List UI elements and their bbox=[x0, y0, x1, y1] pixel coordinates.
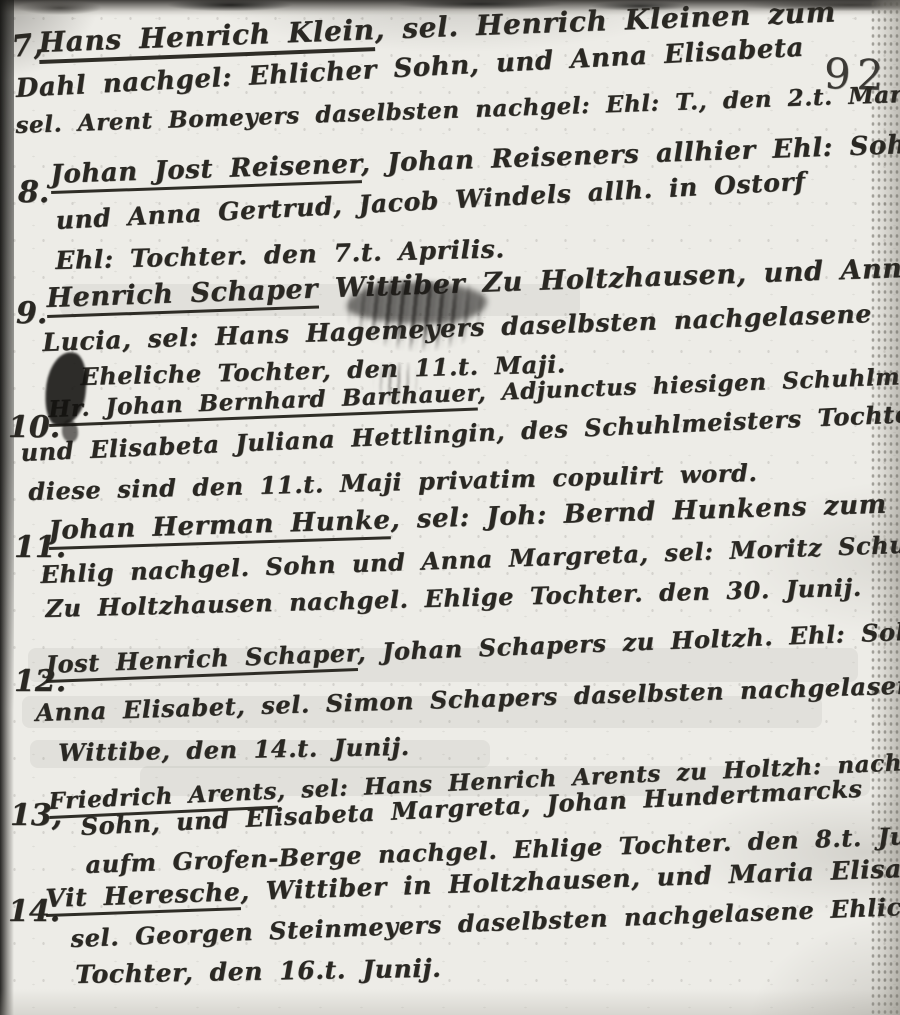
entry-text: , Johan Reiseners allhier Ehl: Sohn, bbox=[360, 129, 900, 179]
groom-name: Jost Henrich Schaper bbox=[45, 638, 358, 683]
entry-number: 9. bbox=[16, 296, 47, 331]
scan-bottom-edge bbox=[0, 989, 900, 1015]
entry-number: 8. bbox=[18, 175, 49, 210]
entry-line: Anna Elisabet, sel. Simon Schapers dasel… bbox=[35, 670, 900, 727]
entry-line: Wittibe, den 14.t. Junij. bbox=[58, 732, 410, 767]
groom-name: Johan Herman Hunke bbox=[48, 505, 391, 550]
register-page-scan: 92 7, Hans Henrich Klein, sel. Henrich K… bbox=[0, 0, 900, 1015]
entry-line: Tochter, den 16.t. Junij. bbox=[75, 954, 442, 989]
scan-left-edge bbox=[0, 0, 14, 1015]
groom-name: Johan Jost Reisener bbox=[50, 149, 362, 194]
entry-text: , Johan Schapers zu Holtzh. Ehl: Sohn, u… bbox=[357, 613, 900, 667]
groom-name: Hans Henrich Klein bbox=[38, 13, 375, 64]
entry-line: Jost Henrich Schaper, Johan Schapers zu … bbox=[45, 613, 900, 679]
groom-name: Vit Heresche bbox=[45, 877, 241, 917]
groom-name: Henrich Schaper bbox=[46, 274, 319, 318]
